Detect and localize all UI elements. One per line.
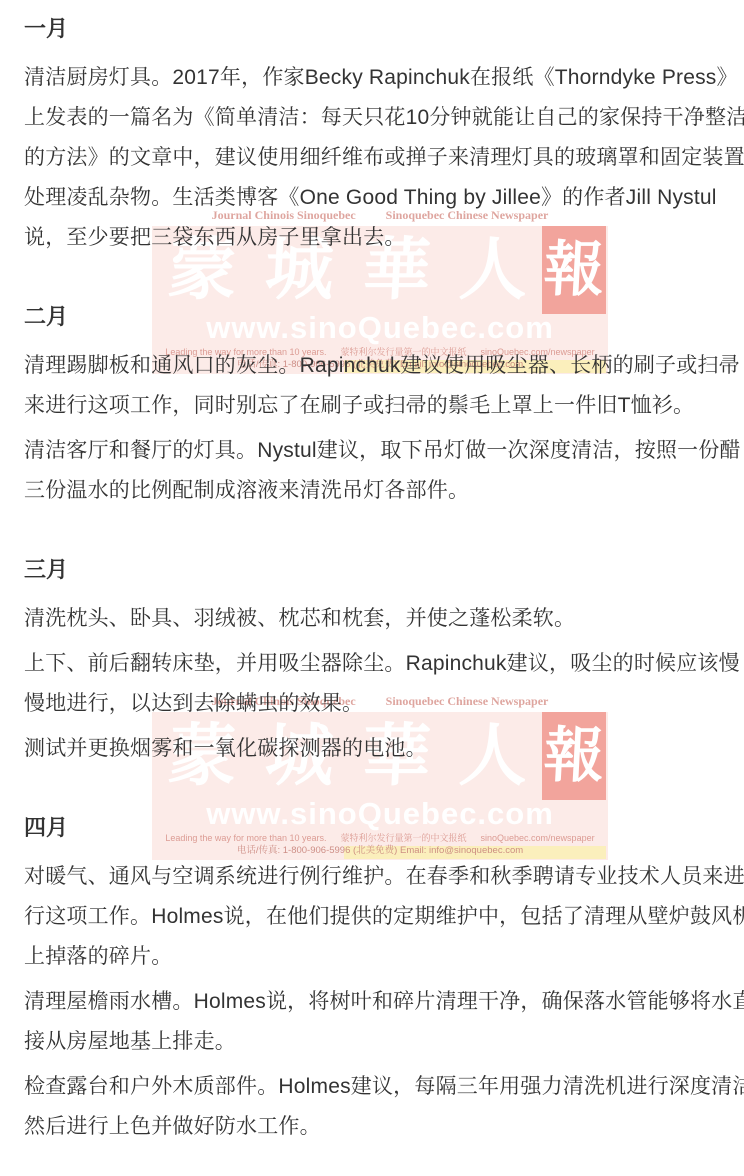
text-line: 来进行这项工作，同时别忘了在刷子或扫帚的鬃毛上罩上一件旧T恤衫。	[24, 386, 720, 426]
text-line: 清洗枕头、卧具、羽绒被、枕芯和枕套，并使之蓬松柔软。	[24, 599, 720, 639]
paragraph: 清理踢脚板和通风口的灰尘。Rapinchuk建议使用吸尘器、长柄的刷子或扫帚来进…	[24, 346, 720, 426]
article-content: 一月清洁厨房灯具。2017年，作家Becky Rapinchuk在报纸《Thor…	[0, 0, 744, 1147]
paragraph: 对暖气、通风与空调系统进行例行维护。在春季和秋季聘请专业技术人员来进行这项工作。…	[24, 857, 720, 977]
text-line: 清洁厨房灯具。2017年，作家Becky Rapinchuk在报纸《Thornd…	[24, 58, 720, 98]
month-section: 二月清理踢脚板和通风口的灰尘。Rapinchuk建议使用吸尘器、长柄的刷子或扫帚…	[24, 302, 720, 511]
text-line: 的方法》的文章中，建议使用细纤维布或掸子来清理灯具的玻璃罩和固定装置	[24, 138, 720, 178]
text-line: 三份温水的比例配制成溶液来清洗吊灯各部件。	[24, 471, 720, 511]
month-heading: 四月	[24, 813, 720, 843]
text-line: 行这项工作。Holmes说，在他们提供的定期维护中，包括了清理从壁炉鼓风机	[24, 897, 720, 937]
text-line: 上发表的一篇名为《简单清洁：每天只花10分钟就能让自己的家保持干净整洁	[24, 98, 720, 138]
text-line: 慢地进行，以达到去除螨虫的效果。	[24, 684, 720, 724]
paragraph: 清洁客厅和餐厅的灯具。Nystul建议，取下吊灯做一次深度清洁，按照一份醋三份温…	[24, 431, 720, 511]
paragraph: 上下、前后翻转床垫，并用吸尘器除尘。Rapinchuk建议，吸尘的时候应该慢慢地…	[24, 644, 720, 724]
text-line: 接从房屋地基上排走。	[24, 1022, 720, 1062]
month-section: 三月清洗枕头、卧具、羽绒被、枕芯和枕套，并使之蓬松柔软。上下、前后翻转床垫，并用…	[24, 555, 720, 769]
text-line: 测试并更换烟雾和一氧化碳探测器的电池。	[24, 729, 720, 769]
text-line: 清理踢脚板和通风口的灰尘。Rapinchuk建议使用吸尘器、长柄的刷子或扫帚	[24, 346, 720, 386]
paragraph: 测试并更换烟雾和一氧化碳探测器的电池。	[24, 729, 720, 769]
text-line: 处理凌乱杂物。生活类博客《One Good Thing by Jillee》的作…	[24, 178, 720, 218]
text-line: 对暖气、通风与空调系统进行例行维护。在春季和秋季聘请专业技术人员来进	[24, 857, 720, 897]
text-line: 清理屋檐雨水槽。Holmes说，将树叶和碎片清理干净，确保落水管能够将水直	[24, 982, 720, 1022]
text-line: 上下、前后翻转床垫，并用吸尘器除尘。Rapinchuk建议，吸尘的时候应该慢	[24, 644, 720, 684]
text-line: 清洁客厅和餐厅的灯具。Nystul建议，取下吊灯做一次深度清洁，按照一份醋	[24, 431, 720, 471]
text-line: 检查露台和户外木质部件。Holmes建议，每隔三年用强力清洗机进行深度清洁，	[24, 1067, 720, 1107]
paragraph: 清洁厨房灯具。2017年，作家Becky Rapinchuk在报纸《Thornd…	[24, 58, 720, 258]
text-line: 上掉落的碎片。	[24, 937, 720, 977]
month-heading: 二月	[24, 302, 720, 332]
month-section: 一月清洁厨房灯具。2017年，作家Becky Rapinchuk在报纸《Thor…	[24, 14, 720, 258]
month-section: 四月对暖气、通风与空调系统进行例行维护。在春季和秋季聘请专业技术人员来进行这项工…	[24, 813, 720, 1147]
paragraph: 清理屋檐雨水槽。Holmes说，将树叶和碎片清理干净，确保落水管能够将水直接从房…	[24, 982, 720, 1062]
month-heading: 三月	[24, 555, 720, 585]
article-page: Journal Chinois Sinoquebec Sinoquebec Ch…	[0, 0, 744, 1176]
text-line: 然后进行上色并做好防水工作。	[24, 1107, 720, 1147]
paragraph: 清洗枕头、卧具、羽绒被、枕芯和枕套，并使之蓬松柔软。	[24, 599, 720, 639]
paragraph: 检查露台和户外木质部件。Holmes建议，每隔三年用强力清洗机进行深度清洁，然后…	[24, 1067, 720, 1147]
text-line: 说，至少要把三袋东西从房子里拿出去。	[24, 218, 720, 258]
month-heading: 一月	[24, 14, 720, 44]
